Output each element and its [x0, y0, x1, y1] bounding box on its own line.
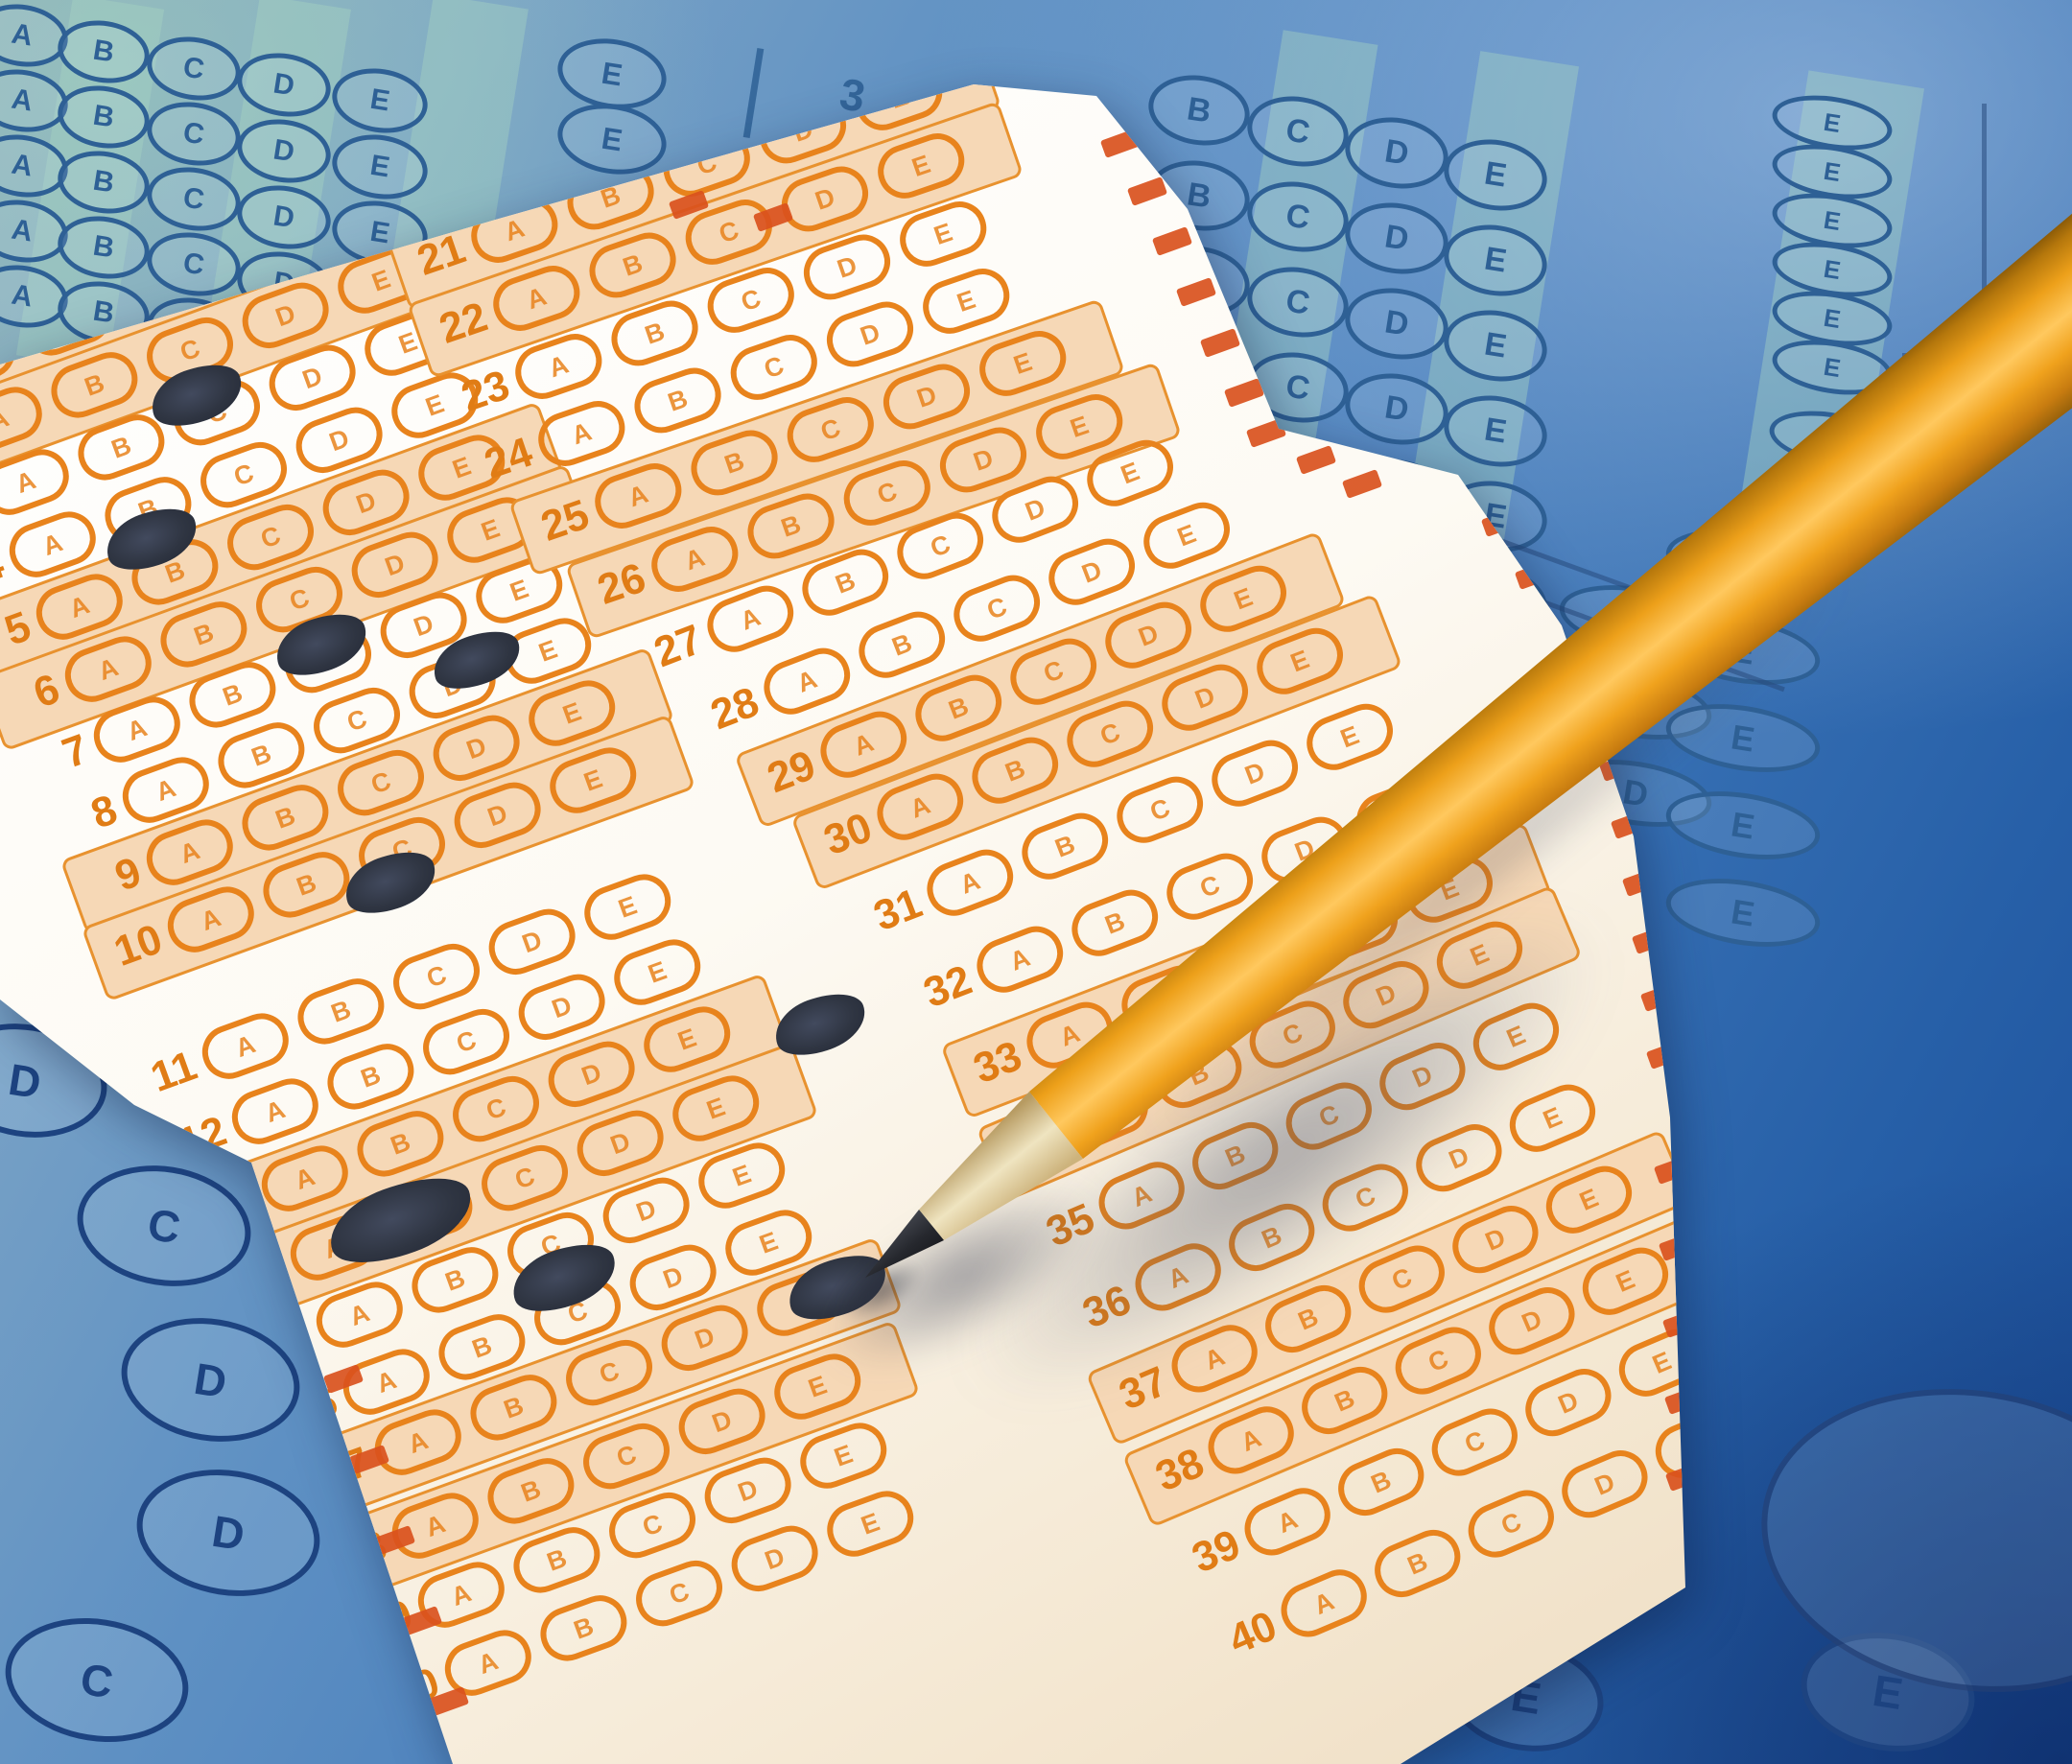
- pencil-shadow-layer: [0, 0, 2072, 1764]
- scene: AAAAABBBBBCCCCCDDDDEEEEEECBBBBBBCCCCCCDD…: [0, 0, 2072, 1764]
- pencil-shadow: [789, 741, 1781, 1571]
